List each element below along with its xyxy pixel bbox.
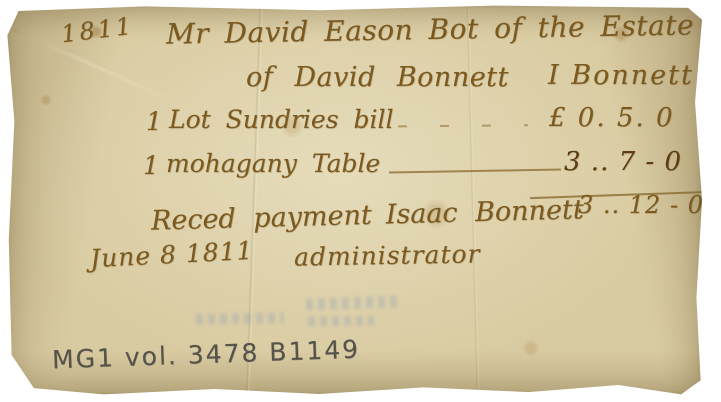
scanned-receipt: 1811 Mr David Eason Bot of the Estate of… [0, 0, 721, 402]
administrator-label: administrator [294, 239, 481, 271]
received-payment-line: Reced paymentIsaac Bonnett [151, 194, 584, 236]
signature-name: Isaac Bonnett [385, 194, 584, 230]
faint-stamp-bleed [196, 312, 284, 325]
estate-line-suffix: I Bonnett [548, 60, 694, 91]
item-description: mohagany Table [166, 149, 380, 178]
faint-stamp-bleed [308, 315, 374, 326]
item-amount: 3 .. 7 - 0 [564, 147, 682, 177]
leader-dashes [356, 124, 528, 128]
date-line: June 8 1811 [89, 236, 254, 274]
received-text: Reced payment [151, 200, 372, 237]
faint-stamp-bleed [306, 295, 398, 310]
item-quantity: 1 [146, 107, 162, 136]
year-label: 1811 [60, 12, 136, 49]
paper-sheet: 1811 Mr David Eason Bot of the Estate of… [6, 4, 702, 396]
archive-note: MG1 vol. 3478 B1149 [52, 335, 361, 375]
header-line: Mr David Eason Bot of the Estate [166, 8, 695, 50]
estate-line: of David Bonnett [246, 62, 509, 93]
item-quantity: 1 [143, 151, 159, 180]
item-amount: £ 0. 5. 0 [549, 103, 675, 133]
item-description: Lot Sundries bill [169, 105, 394, 134]
total-amount: 3 .. 12 - 0 [578, 191, 704, 219]
leader-line [389, 168, 561, 173]
